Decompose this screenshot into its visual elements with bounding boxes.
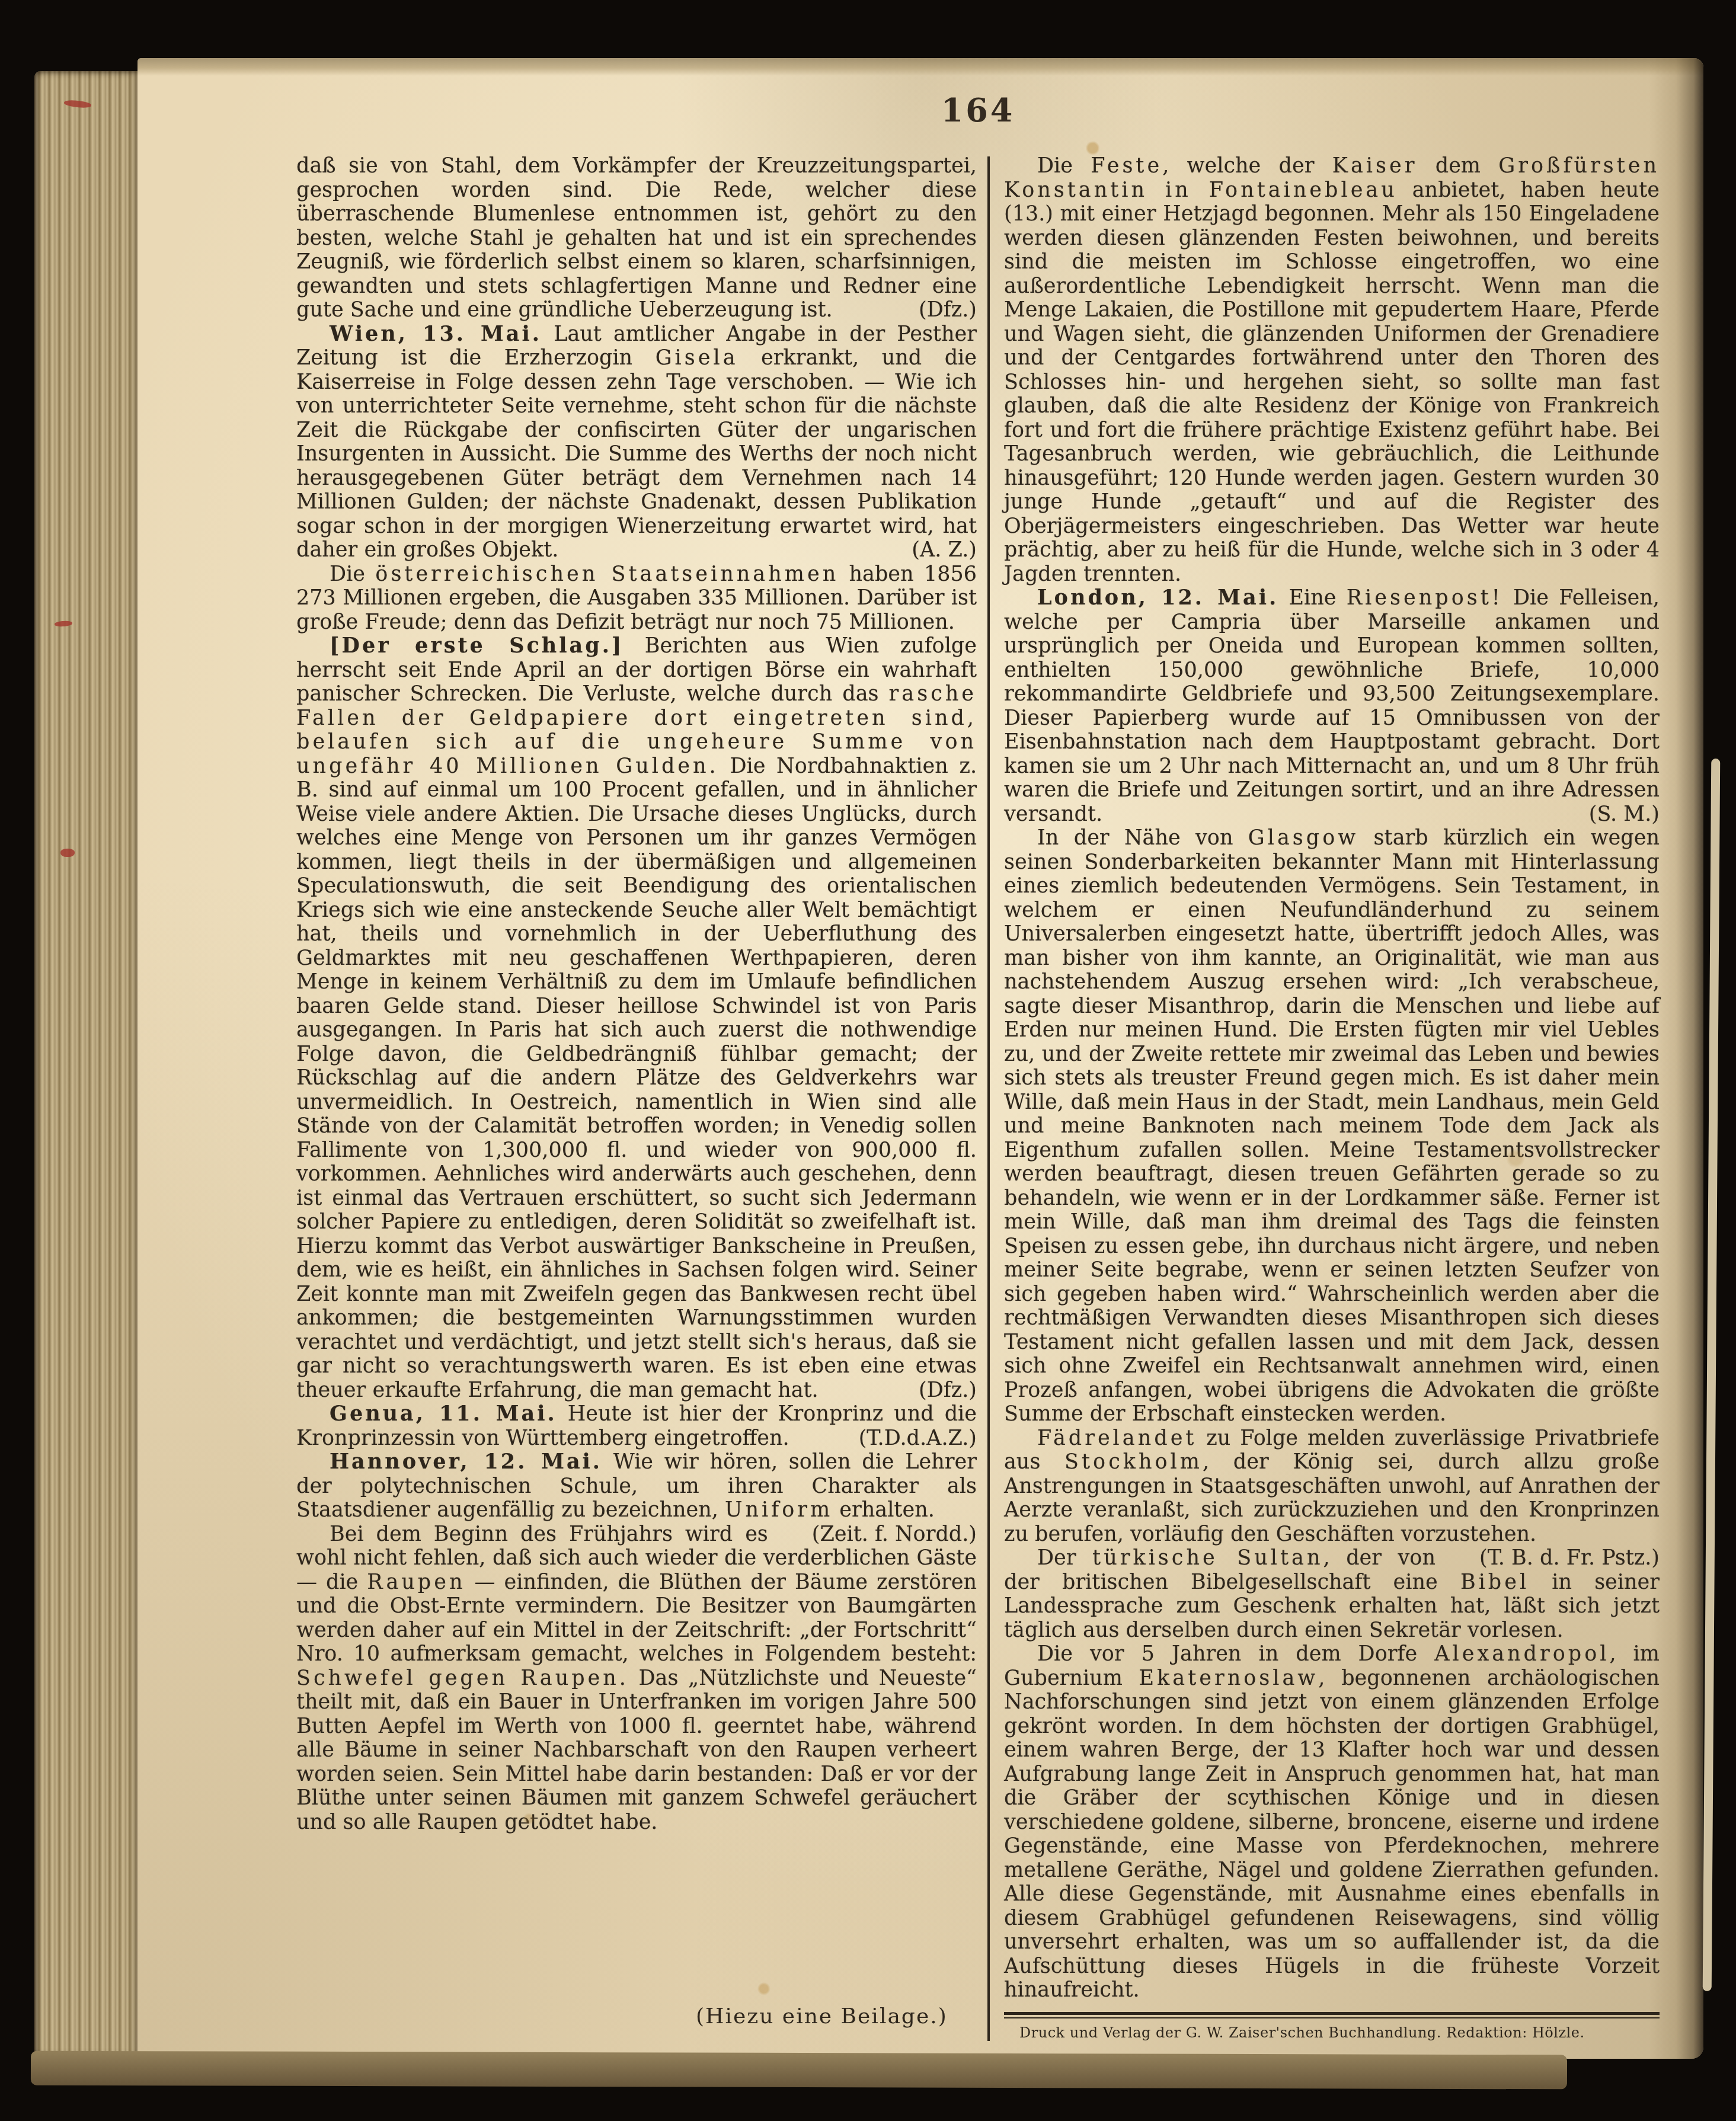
paragraph: daß sie von Stahl, dem Vorkämpfer der Kr…: [296, 154, 977, 322]
source-tag: (Dfz.): [885, 1378, 977, 1403]
paragraph: In der Nähe von Glasgow starb kürzlich e…: [1004, 826, 1660, 1426]
paragraph: Wien, 13. Mai. Laut amtlicher Angabe in …: [296, 322, 977, 562]
text-segment: Kaiser: [1332, 154, 1418, 178]
next-page-edge: [1703, 759, 1721, 1991]
text-segment: Alexandropol: [1434, 1642, 1609, 1666]
imprint-rule: [1004, 2012, 1660, 2018]
text-segment: starb kürzlich ein wegen seinen Sonderba…: [1004, 826, 1660, 1426]
paragraph: London, 12. Mai. Eine Riesenpost! Die Fe…: [1004, 586, 1660, 826]
text-segment: Feste: [1091, 154, 1162, 178]
dateline: Wien, 13. Mai.: [330, 322, 542, 346]
text-segment: daß sie von Stahl, dem Vorkämpfer der Kr…: [296, 154, 977, 322]
paragraph: Die vor 5 Jahren in dem Dorfe Alexandrop…: [1004, 1642, 1660, 2002]
paragraph: Bei dem Beginn des Frühjahrs wird es woh…: [296, 1522, 977, 1835]
text-segment: In der Nähe von: [1037, 826, 1248, 850]
text-segment: Stockholm: [1064, 1450, 1203, 1474]
paragraph: [Der erste Schlag.] Berichten aus Wien z…: [296, 634, 977, 1402]
text-segment: Die Felleisen, welche per Campria über M…: [1004, 586, 1660, 826]
column-divider: [987, 156, 990, 2041]
supplement-note: (Hiezu eine Beilage.): [696, 2004, 948, 2029]
text-segment: Fädrelandet: [1037, 1426, 1197, 1450]
text-segment: Gisela: [656, 346, 738, 370]
text-segment: Ekaternoslaw: [1139, 1666, 1319, 1690]
text-segment: Eine: [1278, 586, 1347, 610]
page-bottom-edge: [31, 2051, 1567, 2090]
source-tag: (T. B. d. Fr. Pstz.): [1446, 1546, 1660, 1570]
source-tag: (A. Z.): [878, 538, 977, 562]
text-segment: Raupen: [367, 1570, 465, 1594]
text-segment: Die Nordbahnaktien z. B. sind auf einmal…: [296, 754, 977, 1402]
paragraph: Genua, 11. Mai. Heute ist hier der Kronp…: [296, 1402, 977, 1450]
source-tag: (Zeit. f. Nordd.): [779, 1522, 977, 1547]
paragraph: Die österreichischen Staatseinnahmen hab…: [296, 562, 977, 635]
imprint-line: Druck und Verlag der G. W. Zaiser'schen …: [1004, 2018, 1660, 2041]
text-segment: , begonnenen archäologischen Nachforschu…: [1004, 1666, 1660, 2002]
dateline: Hannover, 12. Mai.: [330, 1450, 602, 1474]
dateline: [Der erste Schlag.]: [330, 634, 624, 658]
text-segment: erhalten.: [833, 1498, 935, 1522]
binding-red-mark: [60, 849, 75, 857]
text-segment: Die: [330, 562, 375, 586]
text-segment: Das „Nützlichste und Neueste“ theilt mit…: [296, 1666, 977, 1834]
text-segment: österreichischen Staatseinnahmen: [375, 562, 839, 586]
page-top-edge: [138, 58, 1703, 76]
paragraph: Hannover, 12. Mai. Wie wir hören, sollen…: [296, 1450, 977, 1522]
dateline: Genua, 11. Mai.: [330, 1402, 557, 1426]
left-column: daß sie von Stahl, dem Vorkämpfer der Kr…: [296, 154, 977, 2041]
right-column-paragraphs: Die Feste, welche der Kaiser dem Großfür…: [1004, 154, 1660, 2002]
photographed-book-spread: { "page": { "number": "164", "supplement…: [0, 0, 1736, 2121]
text-segment: türkische Sultan: [1092, 1546, 1323, 1570]
newspaper-page: 164 daß sie von Stahl, dem Vorkämpfer de…: [138, 58, 1703, 2059]
right-column: Die Feste, welche der Kaiser dem Großfür…: [1004, 154, 1660, 2041]
source-tag: (T.D.d.A.Z.): [826, 1426, 977, 1451]
text-segment: , welche der: [1162, 154, 1332, 178]
text-columns: daß sie von Stahl, dem Vorkämpfer der Kr…: [296, 154, 1660, 2041]
text-segment: dem: [1417, 154, 1498, 178]
text-segment: erkrankt, und die Kaiserreise in Folge d…: [296, 346, 977, 562]
text-segment: Der: [1037, 1546, 1092, 1570]
dateline: London, 12. Mai.: [1037, 586, 1278, 610]
page-content: 164 daß sie von Stahl, dem Vorkämpfer de…: [296, 91, 1660, 2041]
text-segment: anbietet, haben heute (13.) mit einer He…: [1004, 178, 1660, 586]
text-segment: Bibel: [1460, 1570, 1529, 1594]
text-segment: Schwefel gegen Raupen.: [296, 1666, 629, 1690]
text-segment: Die: [1037, 154, 1091, 178]
source-tag: (Dfz.): [919, 298, 977, 322]
page-number: 164: [296, 91, 1660, 129]
book-binding: [34, 71, 140, 2058]
text-segment: Die vor 5 Jahren in dem Dorfe: [1037, 1642, 1434, 1666]
source-tag: (S. M.): [1556, 802, 1660, 827]
text-segment: Riesenpost!: [1347, 586, 1503, 610]
paragraph: Fädrelandet zu Folge melden zuverlässige…: [1004, 1426, 1660, 1547]
text-segment: Uniform: [725, 1498, 833, 1522]
text-segment: Glasgow: [1248, 826, 1358, 850]
paragraph: Die Feste, welche der Kaiser dem Großfür…: [1004, 154, 1660, 586]
